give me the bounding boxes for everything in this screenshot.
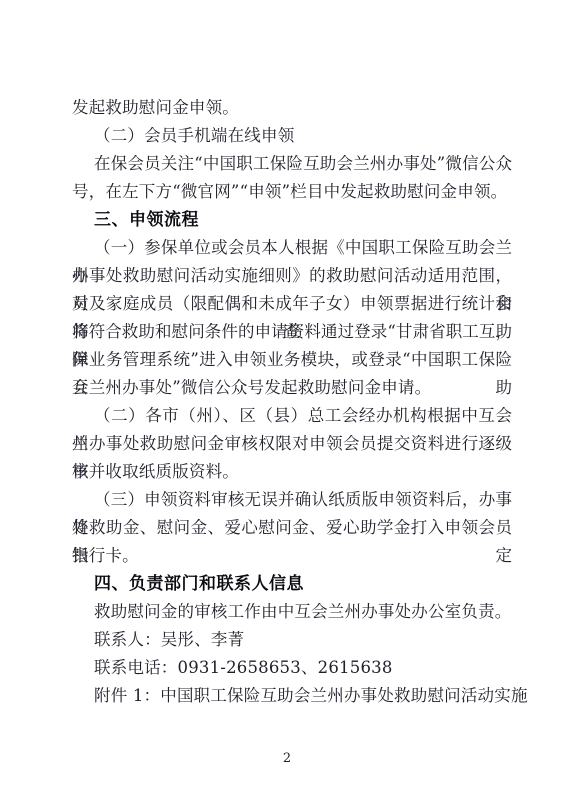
text-line: （二）会员手机端在线申领 <box>72 122 512 150</box>
text-line: 联系人：吴彤、李菁 <box>72 626 512 654</box>
page-number: 2 <box>0 750 574 768</box>
section-heading: 四、负责部门和联系人信息 <box>72 570 512 598</box>
document-page: 发起救助慰问金申领。（二）会员手机端在线申领在保会员关注“中国职工保险互助会兰州… <box>0 0 574 812</box>
text-line: 将符合救助和慰问条件的申请资料通过登录“甘肃省职工互助保 <box>72 318 512 346</box>
section-heading: 三、申领流程 <box>72 206 512 234</box>
text-line: 发起救助慰问金申领。 <box>72 94 512 122</box>
text-line: 办事处救助慰问活动实施细则》的救助慰问活动适用范围，对会 <box>72 262 512 290</box>
text-line: 将救助金、慰问金、爱心慰问金、爱心助学金打入申领会员指定 <box>72 514 512 542</box>
text-line: 障业务管理系统”进入申领业务模块，或登录“中国职工保险互助 <box>72 346 512 374</box>
document-body: 发起救助慰问金申领。（二）会员手机端在线申领在保会员关注“中国职工保险互助会兰州… <box>72 94 512 710</box>
text-line: （三）申领资料审核无误并确认纸质版申领资料后，办事处 <box>72 486 512 514</box>
text-line: 联系电话：0931-2658653、2615638 <box>72 654 512 682</box>
text-line: 州办事处救助慰问金审核权限对申领会员提交资料进行逐级审 <box>72 430 512 458</box>
text-line: 核并收取纸质版资料。 <box>72 458 512 486</box>
text-line: 救助慰问金的审核工作由中互会兰州办事处办公室负责。 <box>72 598 512 626</box>
text-line: 附件 1：中国职工保险互助会兰州办事处救助慰问活动实施 <box>72 682 512 710</box>
text-line: （一）参保单位或会员本人根据《中国职工保险互助会兰州 <box>72 234 512 262</box>
text-line: （二）各市（州）、区（县）总工会经办机构根据中互会兰 <box>72 402 512 430</box>
text-line: 号，在左下方“微官网”“申领”栏目中发起救助慰问金申领。 <box>72 178 512 206</box>
text-line: 在保会员关注“中国职工保险互助会兰州办事处”微信公众 <box>72 150 512 178</box>
text-line: 员及家庭成员（限配偶和未成年子女）申领票据进行统计和筛查， <box>72 290 512 318</box>
